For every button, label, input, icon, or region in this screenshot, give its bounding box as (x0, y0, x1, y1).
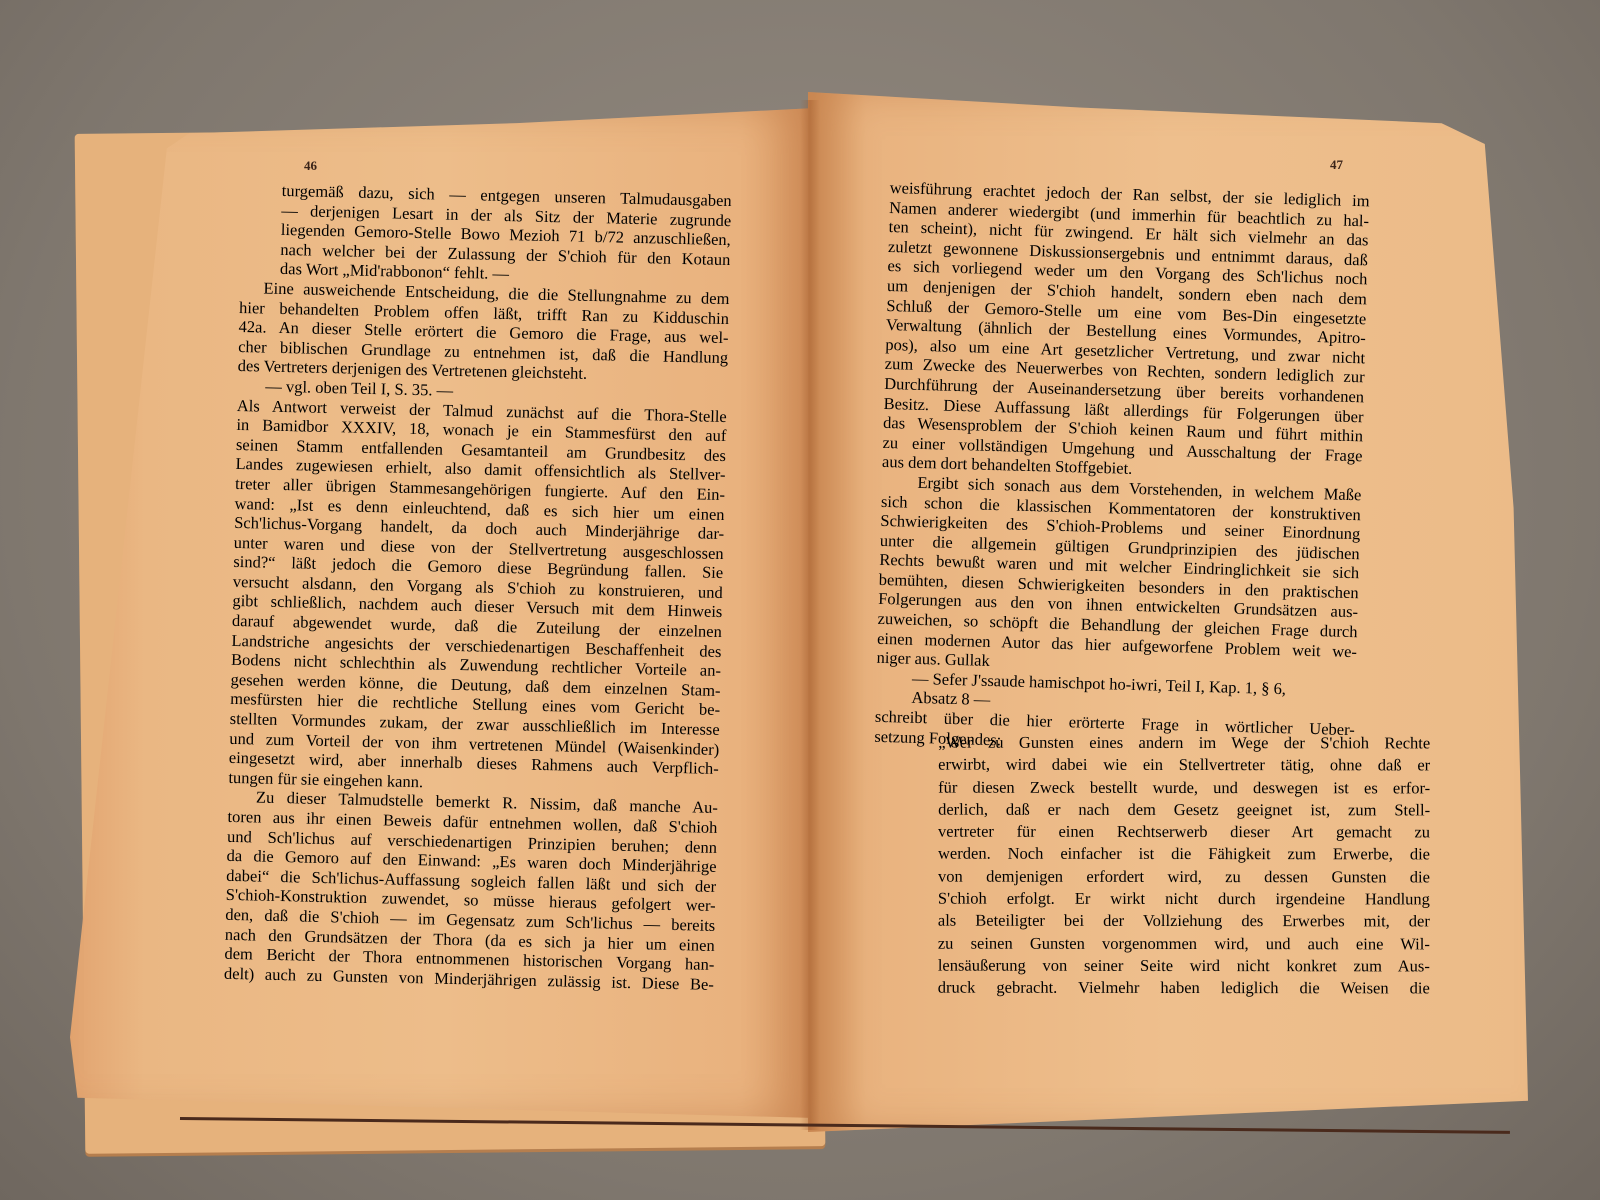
quote-line: S'chioh erfolgt. Er wirkt nicht durch ir… (938, 888, 1430, 911)
quote-line: „Wer zu Gunsten eines andern im Wege der… (938, 732, 1430, 755)
quote-line: von demjenigen erfordert wird, zu dessen… (938, 865, 1430, 888)
quote-line: werden. Noch einfacher ist die Fähigkeit… (938, 843, 1430, 866)
right-page-quote: „Wer zu Gunsten eines andern im Wege der… (938, 732, 1430, 1000)
page-number-right: 47 (1330, 157, 1343, 173)
page-number-left: 46 (304, 158, 317, 174)
quote-line: lensäußerung von seiner Seite wird nicht… (938, 955, 1430, 978)
right-page-text: weisführung erachtet jedoch der Ran selb… (874, 178, 1370, 759)
left-page-text: turgemäß dazu, sich — entgegen unseren T… (224, 180, 732, 994)
quote-line: erwirbt, wird dabei wie ein Stellvertret… (938, 754, 1430, 777)
quote-line: zu seinen Gunsten vorgenommen wird, und … (938, 932, 1430, 955)
open-book: 46 47 turgemäß dazu, sich — entgegen uns… (0, 0, 1600, 1200)
book-gutter (800, 100, 820, 1130)
quote-line: vertreter für einen Rechtserwerb dieser … (938, 821, 1430, 844)
quote-line: derlich, daß er nach dem Gesetz geeignet… (938, 798, 1430, 821)
quote-line: für diesen Zweck bestellt wurde, und des… (938, 776, 1430, 799)
quote-line: als Beteiligter bei der Vollziehung des … (938, 910, 1430, 933)
quote-line: druck gebracht. Vielmehr haben lediglich… (938, 977, 1430, 1000)
